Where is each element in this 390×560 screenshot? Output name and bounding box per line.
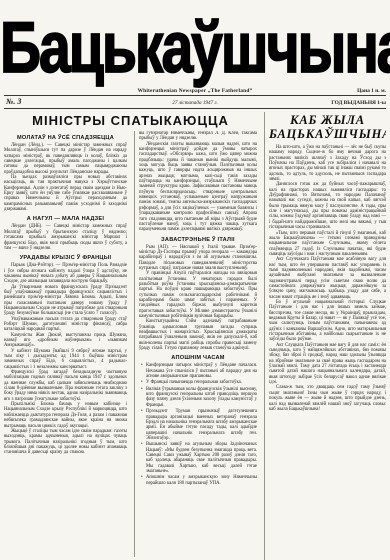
section-molatau: МОЛАТАЎ НА ЎСЁ СПАДЗЯЕЦЦА Лёндан (Лёнд.)… [4,135,127,212]
section-body: Лёндан (Лёнд.). — Савецкі міністар замеж… [4,143,127,212]
paragraph: Упаўнаважаным пасьля гэтага да стварэньн… [4,317,127,333]
news-bullet-item: Апошнім часам у амэрыканскую зону Нямечч… [139,475,257,486]
section-subhead: ЗАВАСТРЭНЬНЕ Ў ІТАЛІІ [139,237,257,243]
section-italy: ЗАВАСТРЭНЬНЕ Ў ІТАЛІІ Рым (АП). — Няспак… [139,237,257,352]
paragraph: Лёндан (Лёнд.). — Савецкі міністар замеж… [4,143,127,175]
paragraph: Бо ў агульнай нацыянальнай гісторыі Слуц… [269,300,386,343]
section-subhead: А НАГУЛ — МАЛА НАДЗЕІ [4,216,127,222]
section-mala-nadzei: А НАГУЛ — МАЛА НАДЗЕІ Лёндан (ДНБ). — Са… [4,216,127,251]
paragraph: Лёндан (ДНБ). — Савецкі міністар замежны… [4,224,127,251]
paragraph: Канстытуцыйны Сэйм адзначыў патрабаваньн… [139,319,257,351]
paragraph: Слава-ж тым, хто дваццаць сем гадоў таму… [269,385,386,412]
news-bullet-item: Канфэрэнцыя чатырох міністраў у Лёндане … [139,363,257,379]
section-body: Рым (АП). — Няспакой у Італіі трывае. Пр… [139,245,257,352]
paragraph: У кабінэт Шумана ўвайшлі 9 сяброў ягонае… [4,349,127,370]
continuation-paragraph: вы губэрнатар Нямеччыны, генэрал Л. Д. К… [139,131,257,142]
paragraph: Даняслося гэтак аж да буйных часоў-пажар… [269,182,386,230]
column-3-editorial: КАБ ЖЫЛА БАЦЬКАЎШЧЫНА На што-што, а ўжо … [264,112,386,560]
issue-number: №. 3 [4,97,172,106]
issue-date: 27 лістапада 1947 г. [172,100,218,106]
masthead: Бацькаўшчына [4,12,386,86]
header-row-issue: №. 3 27 лістапада 1947 г. ГОД ВЫДАНЬНЯ 1… [4,96,386,109]
lead-headline: МІНІСТРЫ СПАТЫКАЮЦЦА [4,113,257,128]
paragraph: Да ўтварэньня новага французскага ўраду … [4,285,127,317]
paragraph: Жыцьцё ў сталіцы тым часам ідзе сваім па… [4,429,127,456]
newspaper-page: Бацькаўшчына Whiteruthenian Newspaper „T… [0,0,390,560]
column-2: вы губэрнатар Нямеччыны, генэрал Л. Д. К… [134,131,257,557]
masthead-title: Бацькаўшчына [0,12,390,84]
price-label: Цана 1 н. м. [252,88,386,94]
news-bullet-list: Канфэрэнцыя чатырох міністраў у Лёндане … [139,363,257,486]
editorial-headline-line1: КАБ ЖЫЛА [269,114,386,128]
lead-columns: МОЛАТАЎ НА ЎСЁ СПАДЗЯЕЦЦА Лёндан (Лёнд.)… [4,131,257,557]
section-subhead: АПОШНІМ ЧАСАМ [139,355,257,361]
paragraph: Камуністы Жан Дюклё, выступаючы проць Шу… [4,333,127,349]
section-body: Лёндан (ДНБ). — Савецкі міністар замежны… [4,224,127,251]
paragraph: На што-што, а ўжо на паўстаньні — лёс не… [269,145,386,182]
paragraph: Акт Случчакага Паўстаньня мае асаблівую … [269,257,386,300]
paragraph: Рым (АП). — Няспакой у Італіі трывае. Пр… [139,245,257,272]
news-bullet-item: Вялікія ўтрыманыя колы французскія ўчыні… [139,387,257,408]
paragraph: Французскі ўрад загадаў безадкладную час… [4,370,127,402]
section-latest-news: АПОШНІМ ЧАСАМ Канфэрэнцыя чатырох мініст… [139,355,257,486]
lead-story: МІНІСТРЫ СПАТЫКАЮЦЦА МОЛАТАЎ НА ЎСЁ СПАД… [4,112,257,560]
newspaper-subtitle: Whiteruthenian Newspaper „The Fatherland… [138,88,253,94]
paragraph: Парыж (Дна-Рэйтэр). — Прэм'ер-міністар П… [4,263,127,284]
news-bullet-item: Прэзыдэнт Труман прызначыў дагэтулешняга… [139,409,257,441]
main-content: МІНІСТРЫ СПАТЫКАЮЦЦА МОЛАТАЎ НА ЎСЁ СПАД… [4,112,386,560]
news-bullet-item: Вышынскі заявіў на агульным зборы Задзін… [139,442,257,474]
section-subhead: МОЛАТАЎ НА ЎСЁ СПАДЗЯЕЦЦА [4,135,127,141]
editorial-headline: КАБ ЖЫЛА БАЦЬКАЎШЧЫНА [269,114,386,141]
header-row-subtitle: Whiteruthenian Newspaper „The Fatherland… [4,88,386,96]
column-1: МОЛАТАЎ НА ЎСЁ СПАДЗЯЕЦЦА Лёндан (Лёнд.)… [4,131,127,557]
section-french-crisis: УРАДАВЫ КРЫЗІС Ў ФРАНЦЫІ Парыж (Дна-Рэйт… [4,255,127,455]
section-subhead: УРАДАВЫ КРЫЗІС Ў ФРАНЦЫІ [4,255,127,261]
editorial-body: На што-што, а ўжо на паўстаньні — лёс не… [269,145,386,412]
section-body: Парыж (Дна-Рэйтэр). — Прэм'ер-міністар П… [4,263,127,455]
paragraph: Па зьездах размаўляліся пры новых абстав… [4,175,127,212]
paragraph: Лёнданскія газэты выказваюць малыя надзе… [139,142,257,233]
paragraph: «Тым, што першыя паўсталі й гінулі ў зма… [269,231,386,258]
paragraph: Акт Слуцкага Паўстаньня мае вагу й для н… [269,343,386,386]
paragraph: У правінцыі Апуліі паўтараліся напады на… [139,271,257,319]
edition-year: ГОД ВЫДАНЬНЯ 1-ы [218,100,386,106]
editorial-headline-line2: БАЦЬКАЎШЧЫНА [269,128,386,142]
paragraph: Прыхільнікі Блюма бачаць у новым кабінэц… [4,402,127,429]
news-bullet-item: У Францыі пачынаецца генэральная забасто… [139,380,257,385]
